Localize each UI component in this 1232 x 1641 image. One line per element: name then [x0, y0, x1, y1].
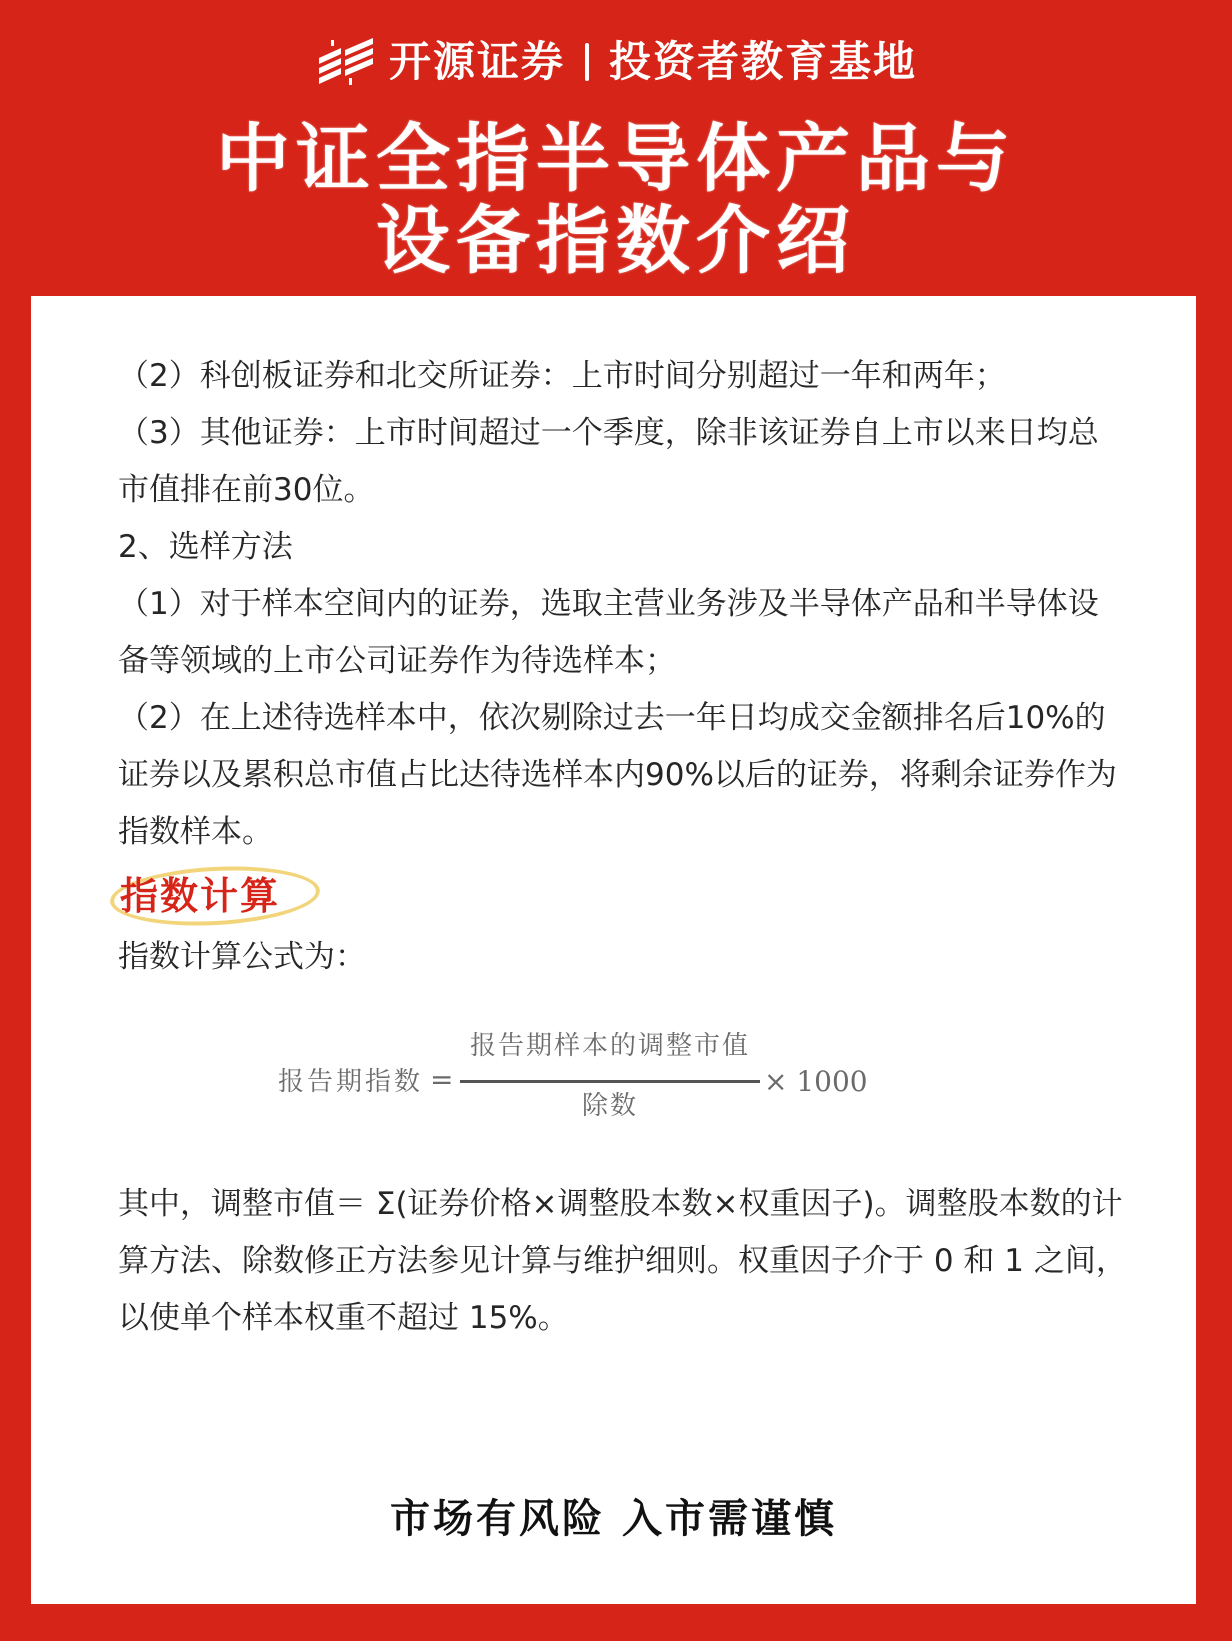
- risk-warning: 市场有风险 入市需谨慎: [31, 1494, 1196, 1544]
- paragraph: （1）对于样本空间内的证券，选取主营业务涉及半导体产品和半导体设备等领域的上市公…: [118, 576, 1128, 690]
- formula-numerator: 报告期样本的调整市值: [460, 1028, 760, 1064]
- page-title: 中证全指半导体产品与 设备指数介绍: [0, 118, 1232, 282]
- subsection-title: 2、选样方法: [118, 519, 1128, 576]
- paragraph: （3）其他证券：上市时间超过一个季度，除非该证券自上市以来日均总市值排在前30位…: [118, 405, 1128, 519]
- poster: 开源证券 投资者教育基地 中证全指半导体产品与 设备指数介绍 （2）科创板证券和…: [0, 0, 1232, 1641]
- brand-header: 开源证券 投资者教育基地: [0, 34, 1232, 90]
- section-heading: 指数计算: [118, 865, 280, 927]
- brand-subtitle: 投资者教育基地: [609, 34, 917, 90]
- fraction-bar: [460, 1080, 760, 1083]
- paragraph: （2）科创板证券和北交所证券：上市时间分别超过一年和两年；: [118, 348, 1128, 405]
- title-line-2: 设备指数介绍: [0, 200, 1232, 282]
- article-body: （2）科创板证券和北交所证券：上市时间分别超过一年和两年； （3）其他证券：上市…: [118, 348, 1128, 1347]
- kaiyuan-logo-icon: [315, 36, 377, 88]
- formula-lhs: 报告期指数: [278, 1064, 423, 1100]
- brand-divider: [585, 43, 589, 81]
- brand-name: 开源证券: [389, 34, 565, 90]
- formula-equals: =: [430, 1062, 453, 1098]
- title-line-1: 中证全指半导体产品与: [0, 118, 1232, 200]
- paragraph: （2）在上述待选样本中，依次剔除过去一年日均成交金额排名后10%的证券以及累积总…: [118, 690, 1128, 861]
- content-card: （2）科创板证券和北交所证券：上市时间分别超过一年和两年； （3）其他证券：上市…: [31, 296, 1196, 1604]
- index-formula: 报告期指数 = 报告期样本的调整市值 除数 × 1000: [118, 1028, 1128, 1138]
- formula-denominator: 除数: [460, 1088, 760, 1124]
- section-heading-label: 指数计算: [118, 874, 280, 918]
- formula-explanation: 其中，调整市值＝ Σ(证券价格×调整股本数×权重因子)。调整股本数的计算方法、除…: [118, 1176, 1128, 1347]
- formula-intro: 指数计算公式为：: [118, 929, 1128, 986]
- formula-multiplier: × 1000: [764, 1064, 868, 1100]
